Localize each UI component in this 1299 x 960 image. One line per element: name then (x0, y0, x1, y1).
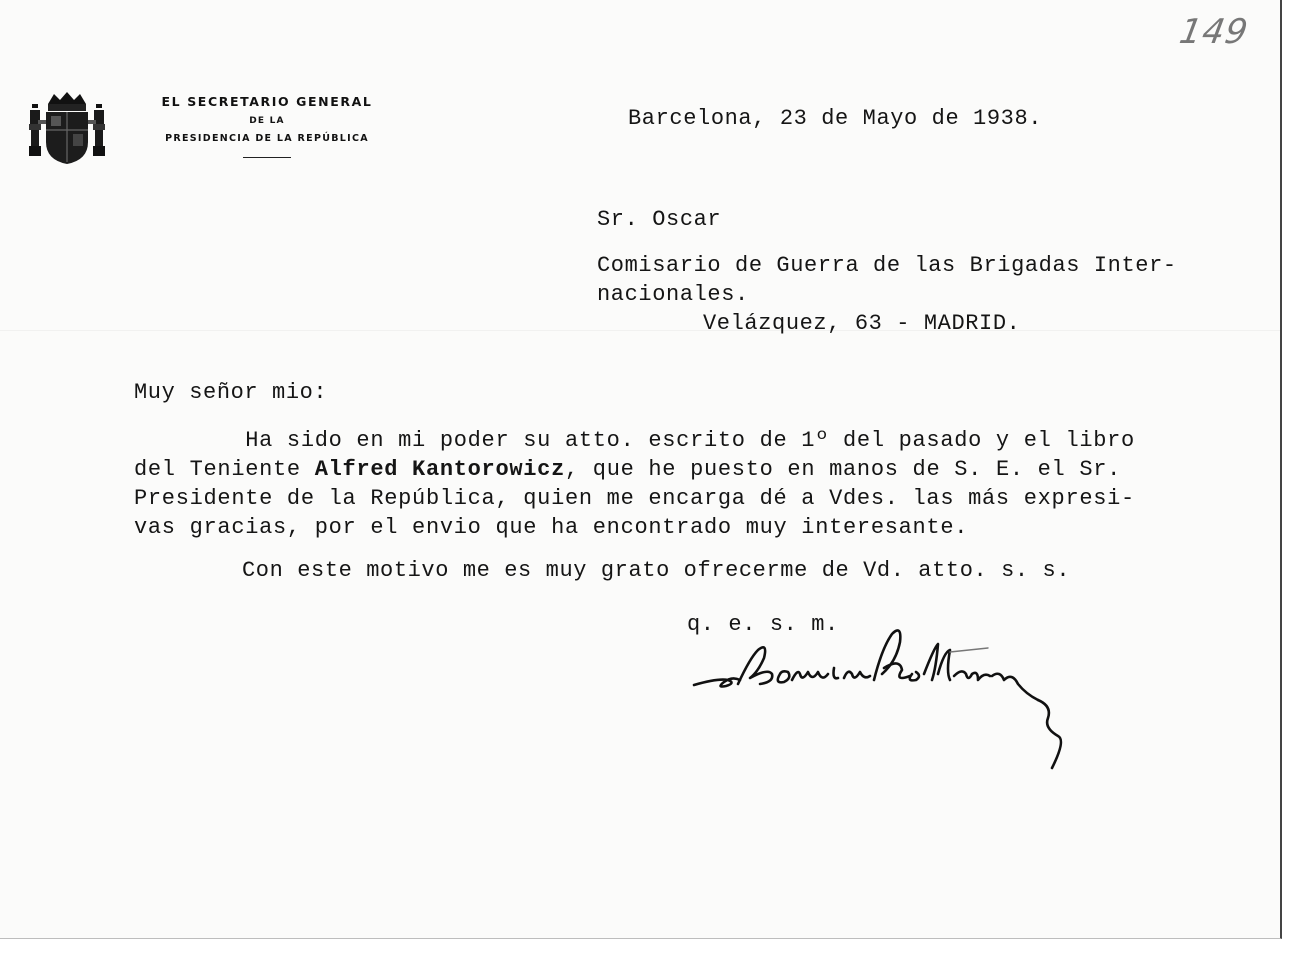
body-line-2: del Teniente Alfred Kantorowicz, que he … (134, 455, 1135, 484)
letter-body: Ha sido en mi poder su atto. escrito de … (134, 426, 1135, 542)
body-line-2-post: , que he puesto en manos de S. E. el Sr. (565, 457, 1121, 482)
salutation: Muy señor mio: (134, 380, 327, 405)
recipient-address: Velázquez, 63 - MADRID. (703, 311, 1020, 336)
recipient-name: Sr. Oscar (597, 207, 721, 232)
recipient-title-line2: nacionales. (597, 282, 749, 307)
letterhead-line2: DE LA (132, 116, 402, 126)
recipient-title-line1: Comisario de Guerra de las Brigadas Inte… (597, 253, 1177, 278)
letter-paper: 149 EL SECRETARIO GENERAL DE LA PRESIDEN… (0, 0, 1282, 939)
body-line-4: vas gracias, por el envio que ha encontr… (134, 513, 1135, 542)
coat-of-arms-icon (26, 90, 108, 166)
letterhead-rule (243, 157, 291, 158)
letterhead-line1: EL SECRETARIO GENERAL (132, 94, 402, 109)
author-name: Alfred Kantorowicz (315, 457, 565, 482)
body-line-1: Ha sido en mi poder su atto. escrito de … (134, 426, 1135, 455)
body-line-2-pre: del Teniente (134, 457, 315, 482)
handwritten-signature-icon (688, 628, 1118, 778)
date-line: Barcelona, 23 de Mayo de 1938. (628, 106, 1042, 131)
closing-line: Con este motivo me es muy grato ofrecerm… (242, 558, 1070, 583)
body-line-3: Presidente de la República, quien me enc… (134, 484, 1135, 513)
paper-crease (0, 330, 1280, 331)
letterhead: EL SECRETARIO GENERAL DE LA PRESIDENCIA … (132, 94, 402, 158)
folio-number: 149 (1176, 12, 1251, 52)
letterhead-line3: PRESIDENCIA DE LA REPÚBLICA (132, 133, 402, 144)
